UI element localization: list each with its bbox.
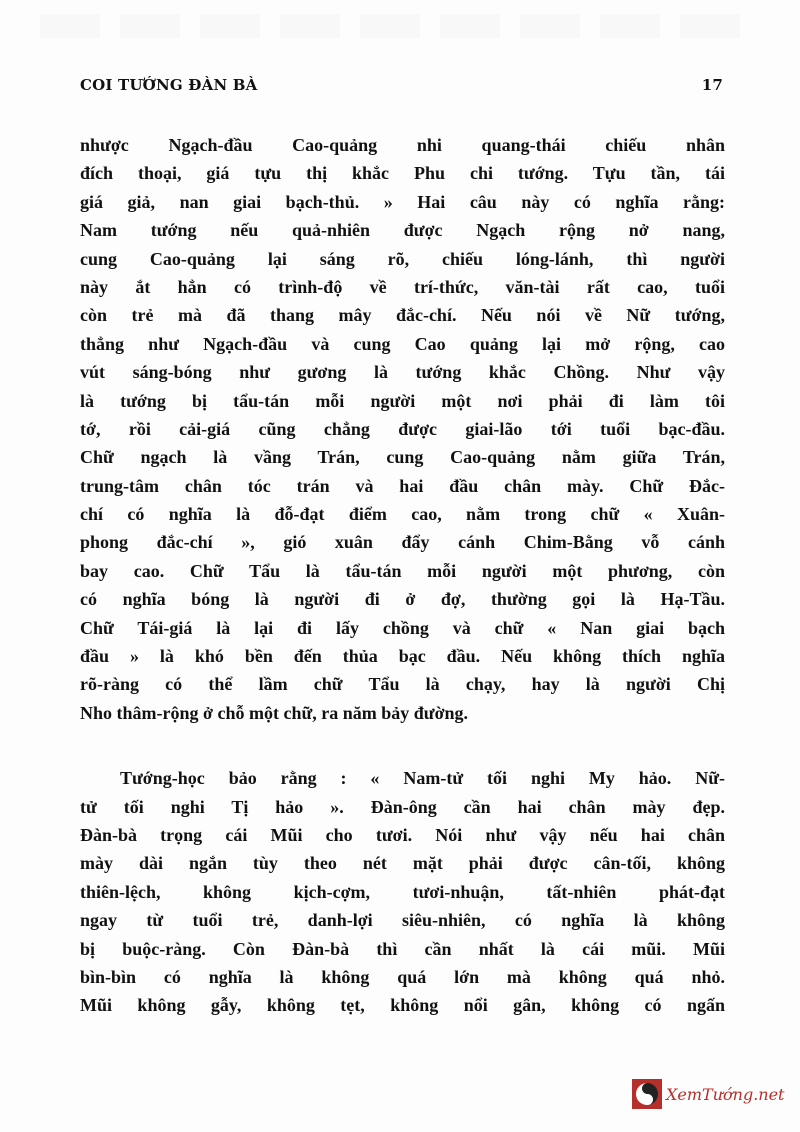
text-line: giá giả, nan giai bạch-thủ. » Hai câu nà… (80, 188, 725, 216)
text-line: bay cao. Chữ Tẩu là tẩu-tán mỗi người mộ… (80, 557, 725, 585)
body-text: nhược Ngạch-đầu Cao-quảng nhi quang-thái… (80, 131, 725, 1020)
text-line: vút sáng-bóng như gương là tướng khắc Ch… (80, 358, 725, 386)
text-line: tử tối nghi Tị hảo ». Đàn-ông cần hai ch… (80, 793, 725, 821)
text-line: đích thoại, giá tựu thị khắc Phu chi tướ… (80, 159, 725, 187)
text-line: Nho thâm-rộng ở chỗ một chữ, ra năm bảy … (80, 699, 725, 727)
text-line: này ắt hẳn có trình-độ về trí-thức, văn-… (80, 273, 725, 301)
text-line: đầu » là khó bền đến thủa bạc đầu. Nếu k… (80, 642, 725, 670)
text-line: thiên-lệch, không kịch-cợm, tươi-nhuận, … (80, 878, 725, 906)
text-line: ngay từ tuổi trẻ, danh-lợi siêu-nhiên, c… (80, 906, 725, 934)
page-number: 17 (702, 76, 723, 94)
text-line: là tướng bị tẩu-tán mỗi người một nơi ph… (80, 387, 725, 415)
page-header: COI TƯỚNG ĐÀN BÀ 17 (80, 76, 723, 94)
text-line: nhược Ngạch-đầu Cao-quảng nhi quang-thái… (80, 131, 725, 159)
text-line: trung-tâm chân tóc trán và hai đầu chân … (80, 472, 725, 500)
watermark-logo: XemTướng.net (632, 1079, 784, 1109)
paragraph-2: Tướng-học bảo rằng : « Nam-tử tối nghi M… (80, 764, 725, 1020)
text-line: bìn-bìn có nghĩa là không quá lớn mà khô… (80, 963, 725, 991)
text-line: Chữ Tái-giá là lại đi lấy chồng và chữ «… (80, 614, 725, 642)
text-line: Đàn-bà trọng cái Mũi cho tươi. Nói như v… (80, 821, 725, 849)
bleed-through-noise (40, 14, 740, 38)
text-line: cung Cao-quảng lại sáng rõ, chiếu lóng-l… (80, 245, 725, 273)
text-line: còn trẻ mà đã thang mây đắc-chí. Nếu nói… (80, 301, 725, 329)
text-line: Chữ ngạch là vầng Trán, cung Cao-quảng n… (80, 443, 725, 471)
text-line: bị buộc-ràng. Còn Đàn-bà thì cần nhất là… (80, 935, 725, 963)
text-line: phong đắc-chí », gió xuân đẩy cánh Chim-… (80, 528, 725, 556)
text-line: chí có nghĩa là đỗ-đạt điểm cao, nằm tro… (80, 500, 725, 528)
text-line: rõ-ràng có thể lầm chữ Tẩu là chạy, hay … (80, 670, 725, 698)
text-line: Nam tướng nếu quả-nhiên được Ngạch rộng … (80, 216, 725, 244)
text-line: Mũi không gẫy, không tẹt, không nổi gân,… (80, 991, 725, 1019)
text-line: Tướng-học bảo rằng : « Nam-tử tối nghi M… (80, 764, 725, 792)
text-line: tớ, rồi cải-giá cũng chẳng được giai-lão… (80, 415, 725, 443)
running-title: COI TƯỚNG ĐÀN BÀ (80, 76, 258, 94)
text-line: có nghĩa bóng là người đi ở đợ, thường g… (80, 585, 725, 613)
yin-yang-icon (632, 1079, 662, 1109)
paragraph-1: nhược Ngạch-đầu Cao-quảng nhi quang-thái… (80, 131, 725, 727)
text-line: mày dài ngắn tùy theo nét mặt phải được … (80, 849, 725, 877)
text-line: thẳng như Ngạch-đầu và cung Cao quảng lạ… (80, 330, 725, 358)
watermark-text: XemTướng.net (666, 1085, 784, 1104)
